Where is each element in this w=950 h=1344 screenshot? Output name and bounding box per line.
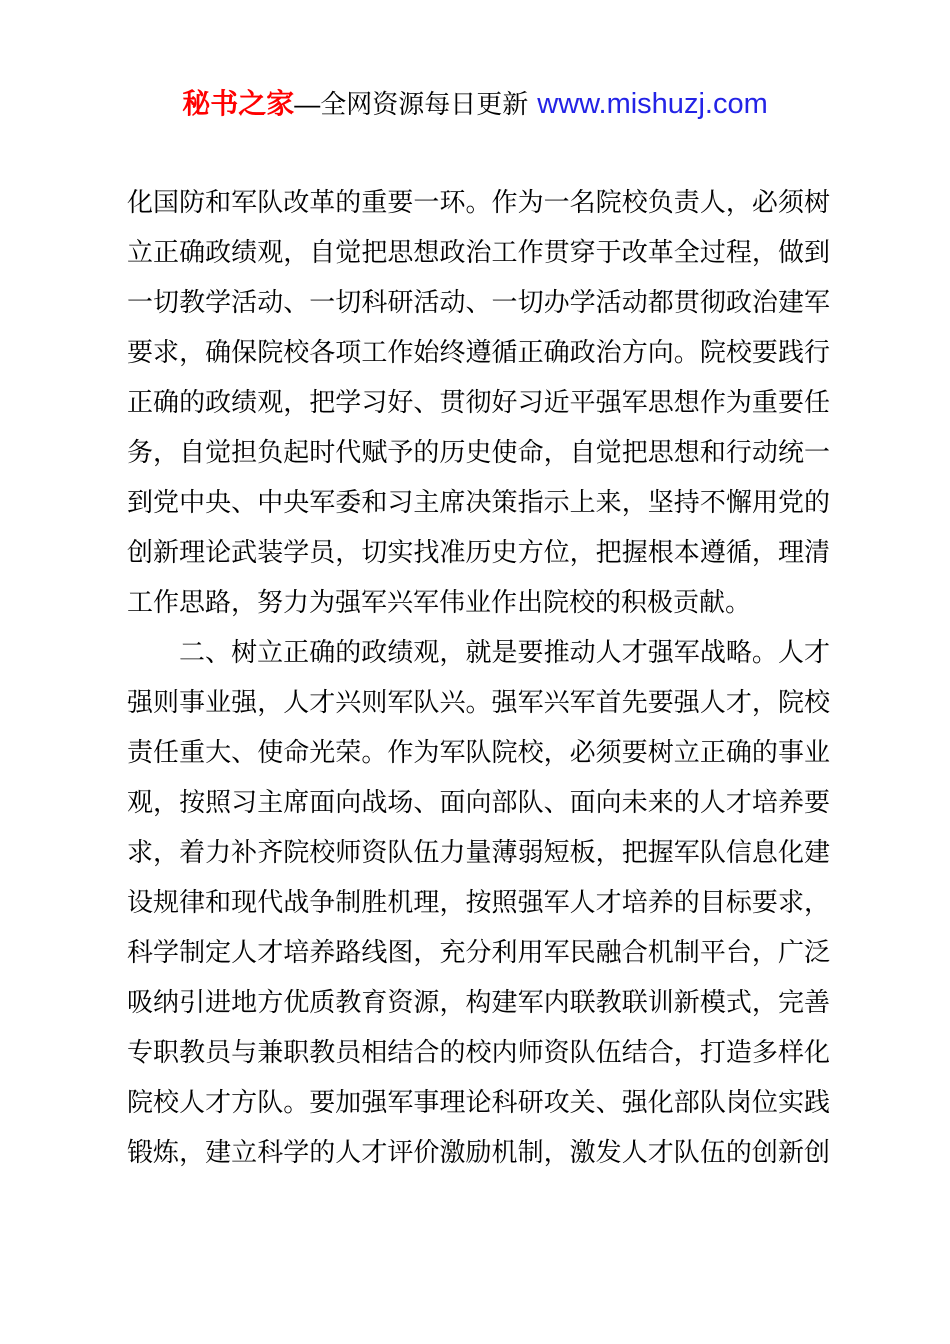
text-line: 强则事业强，人才兴则军队兴。强军兴军首先要强人才，院校	[127, 677, 830, 727]
site-header: 秘书之家—全网资源每日更新www.mishuzj.com	[0, 82, 950, 128]
text-line: 工作思路，努力为强军兴军伟业作出院校的积极贡献。	[127, 577, 830, 627]
text-line: 化国防和军队改革的重要一环。作为一名院校负责人，必须树	[127, 177, 830, 227]
text-line: 要求，确保院校各项工作始终遵循正确政治方向。院校要践行	[127, 327, 830, 377]
text-line: 专职教员与兼职教员相结合的校内师资队伍结合，打造多样化	[127, 1027, 830, 1077]
text-line: 务，自觉担负起时代赋予的历史使命，自觉把思想和行动统一	[127, 427, 830, 477]
text-line: 二、树立正确的政绩观，就是要推动人才强军战略。人才	[127, 627, 830, 677]
text-line: 创新理论武装学员，切实找准历史方位，把握根本遵循，理清	[127, 527, 830, 577]
document-body: 化国防和军队改革的重要一环。作为一名院校负责人，必须树 立正确政绩观，自觉把思想…	[127, 177, 830, 1177]
text-line: 科学制定人才培养路线图，充分利用军民融合机制平台，广泛	[127, 927, 830, 977]
text-line: 观，按照习主席面向战场、面向部队、面向未来的人才培养要	[127, 777, 830, 827]
text-line: 立正确政绩观，自觉把思想政治工作贯穿于改革全过程，做到	[127, 227, 830, 277]
text-line: 设规律和现代战争制胜机理，按照强军人才培养的目标要求，	[127, 877, 830, 927]
site-url-link[interactable]: www.mishuzj.com	[537, 88, 767, 121]
text-line: 一切教学活动、一切科研活动、一切办学活动都贯彻政治建军	[127, 277, 830, 327]
document-page: 秘书之家—全网资源每日更新www.mishuzj.com 化国防和军队改革的重要…	[0, 0, 950, 1344]
paragraph-1: 化国防和军队改革的重要一环。作为一名院校负责人，必须树 立正确政绩观，自觉把思想…	[127, 177, 830, 627]
paragraph-2: 二、树立正确的政绩观，就是要推动人才强军战略。人才 强则事业强，人才兴则军队兴。…	[127, 627, 830, 1177]
text-line: 吸纳引进地方优质教育资源，构建军内联教联训新模式，完善	[127, 977, 830, 1027]
text-line: 求，着力补齐院校师资队伍力量薄弱短板，把握军队信息化建	[127, 827, 830, 877]
site-tagline: —全网资源每日更新	[294, 84, 528, 121]
text-line: 锻炼，建立科学的人才评价激励机制，激发人才队伍的创新创	[127, 1127, 830, 1177]
text-line: 正确的政绩观，把学习好、贯彻好习近平强军思想作为重要任	[127, 377, 830, 427]
site-brand: 秘书之家	[182, 82, 294, 122]
text-line: 责任重大、使命光荣。作为军队院校，必须要树立正确的事业	[127, 727, 830, 777]
text-line: 到党中央、中央军委和习主席决策指示上来，坚持不懈用党的	[127, 477, 830, 527]
text-line: 院校人才方队。要加强军事理论科研攻关、强化部队岗位实践	[127, 1077, 830, 1127]
